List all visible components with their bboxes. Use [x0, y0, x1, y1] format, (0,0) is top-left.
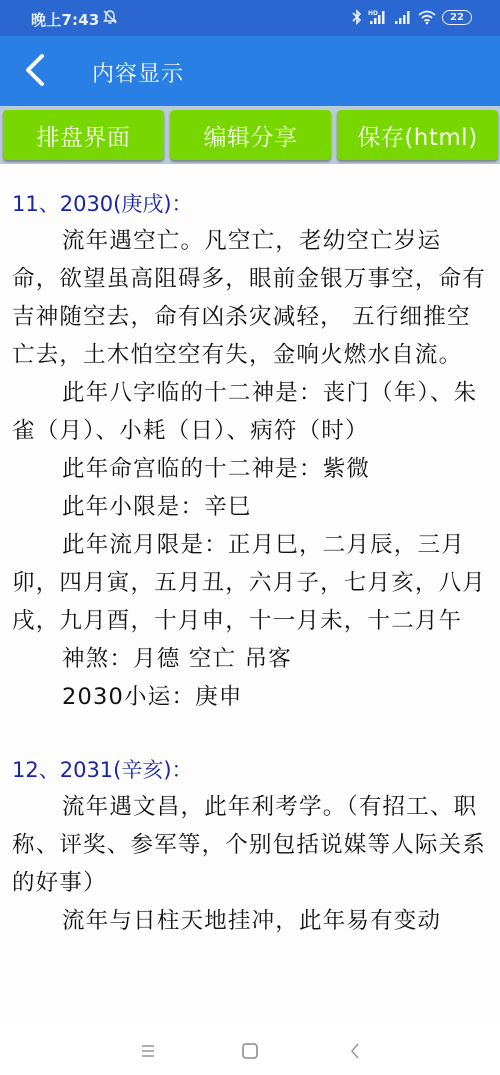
system-nav-bar — [0, 1024, 500, 1075]
edit-share-button[interactable]: 编辑分享 — [170, 110, 331, 160]
page-title: 内容显示 — [92, 57, 184, 88]
paragraph: 2030小运：庚申 — [12, 678, 488, 716]
section-title: 11、2030(庚戌)： — [12, 186, 488, 222]
chevron-left-icon[interactable] — [18, 50, 52, 90]
app-bar: 内容显示 — [0, 36, 500, 106]
paragraph: 流年与日柱天地挂冲，此年易有变动 — [12, 902, 488, 940]
section-2031: 12、2031(辛亥)： 流年遇文昌，此年利考学。（有招工、职称、评奖、参军等，… — [12, 752, 488, 940]
menu-icon[interactable] — [136, 1039, 160, 1063]
section-spacer — [12, 716, 488, 752]
section-2030: 11、2030(庚戌)： 流年遇空亡。凡空亡，老幼空亡岁运命，欲望虽高阻碍多，眼… — [12, 186, 488, 716]
bluetooth-icon — [352, 9, 362, 25]
paragraph: 神煞：月德 空亡 吊客 — [12, 640, 488, 678]
paragraph: 流年遇文昌，此年利考学。（有招工、职称、评奖、参军等，个别包括说媒等人际关系的好… — [12, 788, 488, 902]
content-area[interactable]: 11、2030(庚戌)： 流年遇空亡。凡空亡，老幼空亡岁运命，欲望虽高阻碍多，眼… — [0, 164, 500, 1024]
save-html-button[interactable]: 保存(html) — [337, 110, 498, 160]
status-bar: 晚上7:43 HD 22 — [0, 0, 500, 36]
bell-off-icon — [102, 9, 118, 25]
hd-signal-icon: HD — [368, 9, 388, 25]
section-title: 12、2031(辛亥)： — [12, 752, 488, 788]
back-icon[interactable] — [343, 1039, 367, 1063]
status-icons: HD 22 — [352, 9, 472, 25]
paragraph: 此年命宫临的十二神是：紫微 — [12, 450, 488, 488]
home-icon[interactable] — [238, 1039, 262, 1063]
svg-text:HD: HD — [368, 10, 378, 17]
signal-icon — [394, 9, 412, 25]
wifi-icon — [418, 9, 436, 25]
chart-screen-button[interactable]: 排盘界面 — [3, 110, 164, 160]
paragraph: 此年小限是：辛巳 — [12, 488, 488, 526]
paragraph: 流年遇空亡。凡空亡，老幼空亡岁运命，欲望虽高阻碍多，眼前金银万事空，命有吉神随空… — [12, 222, 488, 374]
status-time: 晚上7:43 — [31, 9, 100, 30]
paragraph: 此年流月限是：正月巳，二月辰，三月卯，四月寅，五月丑，六月子，七月亥，八月戌，九… — [12, 526, 488, 640]
battery-icon: 22 — [442, 10, 472, 25]
action-toolbar: 排盘界面 编辑分享 保存(html) — [0, 106, 500, 164]
paragraph: 此年八字临的十二神是：丧门（年）、朱雀（月）、小耗（日）、病符（时） — [12, 374, 488, 450]
battery-level: 22 — [450, 12, 464, 23]
